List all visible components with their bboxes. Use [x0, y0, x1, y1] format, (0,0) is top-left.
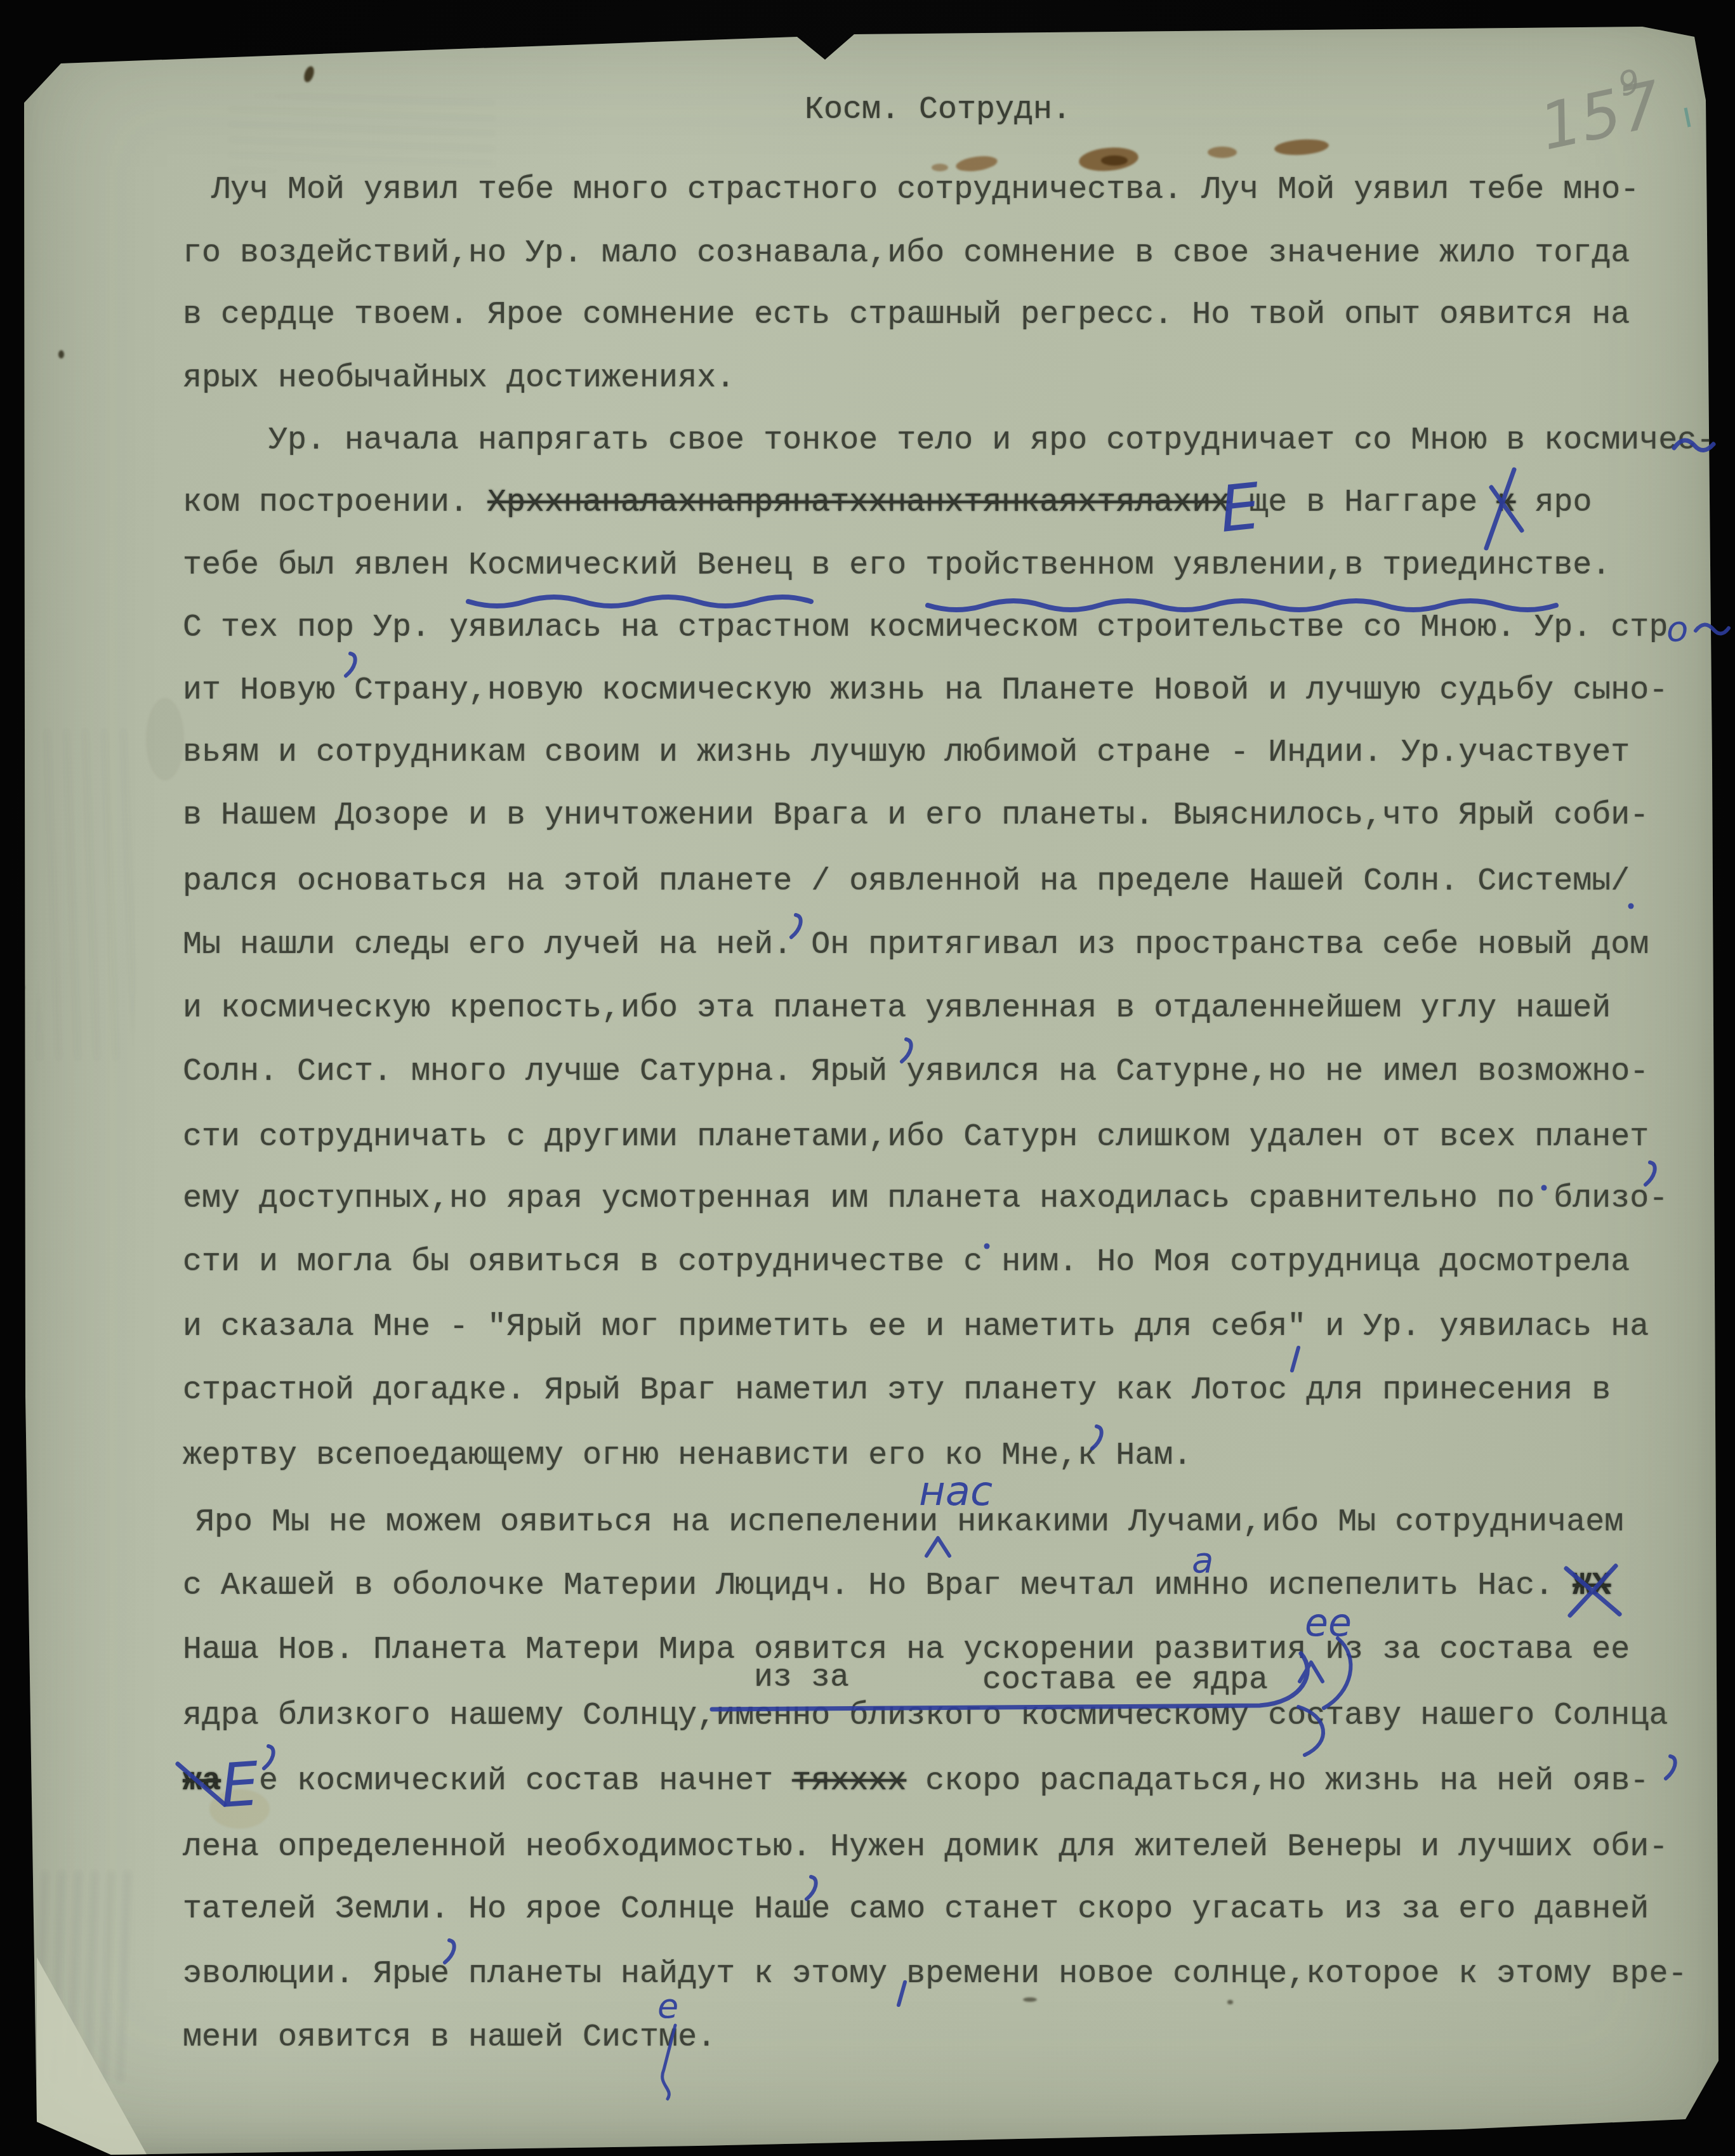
blue-tilde-line5 [1674, 440, 1713, 450]
blue-comma [1666, 1756, 1675, 1778]
blue-tilde-line8 [1696, 624, 1729, 633]
blue-comma-marks [264, 654, 1675, 1962]
blue-caret-nas [927, 1538, 949, 1556]
blue-caret-ee [1300, 1662, 1323, 1681]
blue-underline-insertion [712, 1653, 1307, 1709]
handwriting-a-correction: а [1192, 1540, 1213, 1581]
handwriting-ee: ее [1305, 1601, 1352, 1645]
blue-comma [791, 915, 801, 937]
ink-annotations-overlay: Е о нас а ее Е е 157 9 [0, 0, 1735, 2156]
page-number: 157 [1534, 67, 1668, 164]
handwriting-capital-e-naggar: Е [1216, 469, 1263, 547]
blue-hook-insertion [1298, 1707, 1323, 1755]
blue-comma [807, 1877, 816, 1899]
blue-comma [902, 1039, 911, 1062]
blue-correction-sistme [663, 2025, 675, 2099]
blue-apostrophe-marks [899, 1348, 1298, 2005]
blue-strike-line26-start [178, 1764, 225, 1804]
handwriting-o-correction: о [1666, 608, 1688, 650]
blue-dot-marks [984, 904, 1634, 1249]
blue-dot [984, 1244, 990, 1249]
blue-comma [1646, 1162, 1655, 1185]
blue-apostrophe [1292, 1348, 1298, 1371]
blue-dot [1628, 904, 1634, 909]
blue-comma [1092, 1426, 1102, 1449]
blue-dot [1541, 1185, 1547, 1191]
scan-background: Косм. Сотрудн. Луч Мой уявил тебе много … [0, 0, 1735, 2156]
blue-deletion-mark-naggar [1486, 470, 1522, 548]
blue-comma [445, 1940, 454, 1962]
teal-edge-mark [1686, 108, 1689, 127]
handwriting-nas: нас [919, 1468, 993, 1515]
handwriting-capital-e-line26: Е [218, 1749, 261, 1822]
blue-wavy-underline-right [928, 601, 1556, 610]
blue-curve-ee [1324, 1638, 1350, 1708]
blue-comma [346, 654, 355, 676]
handwriting-e-sistme: е [657, 1986, 678, 2026]
blue-comma [264, 1746, 274, 1768]
blue-wavy-underline-left [468, 597, 811, 606]
blue-apostrophe [899, 1982, 905, 2005]
blue-strike-line23-end [1566, 1566, 1620, 1615]
